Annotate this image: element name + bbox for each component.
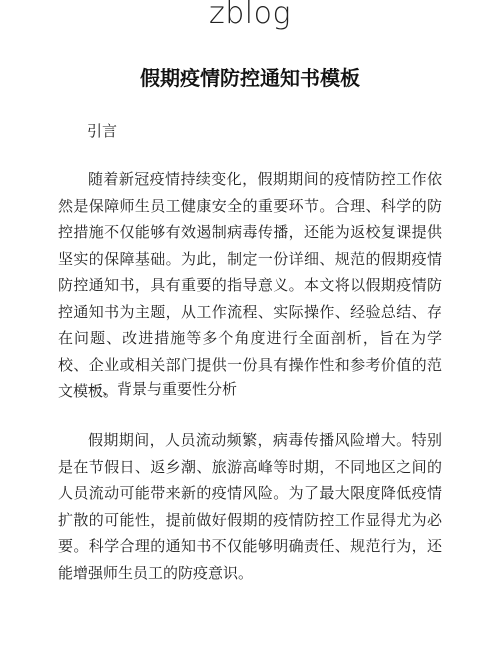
- paragraph-introduction: 随着新冠疫情持续变化，假期期间的疫情防控工作依然是保障师生员工健康安全的重要环节…: [58, 166, 442, 405]
- section-heading-background: 一、背景与重要性分析: [87, 378, 237, 399]
- document-title: 假期疫情防控通知书模板: [0, 62, 500, 91]
- section-heading-introduction: 引言: [87, 120, 117, 141]
- paragraph-background: 假期期间，人员流动频繁，病毒传播风险增大。特别是在节假日、返乡潮、旅游高峰等时期…: [58, 427, 442, 586]
- watermark-logo: zblog: [0, 0, 500, 31]
